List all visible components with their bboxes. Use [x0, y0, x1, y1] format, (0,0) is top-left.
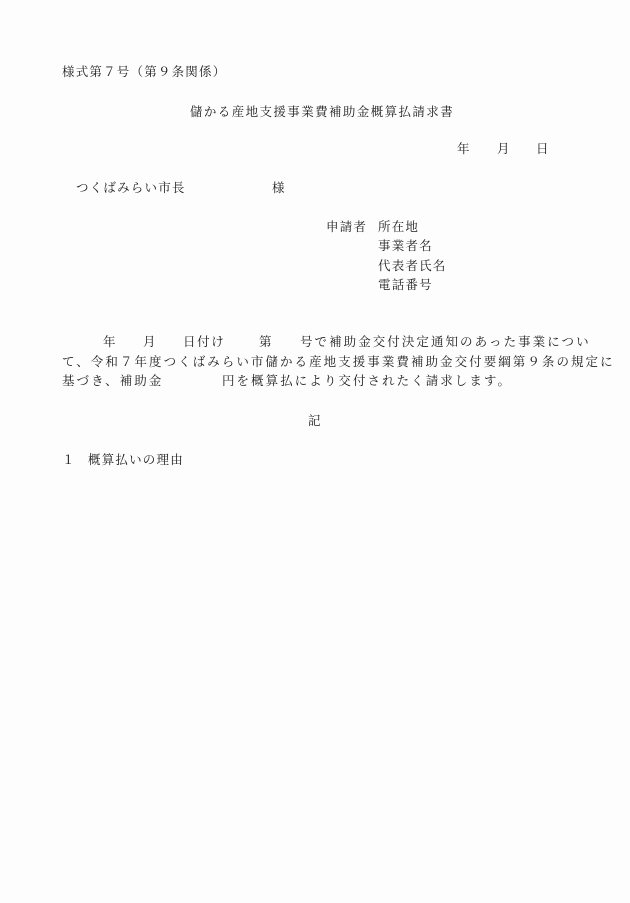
addressee-name: つくばみらい市長 [76, 180, 186, 196]
applicant-heading: 申請者 [326, 219, 367, 235]
date-year-field[interactable] [420, 141, 454, 155]
body-number-prefix: 第 [259, 334, 272, 350]
advance-payment-reason-field[interactable] [88, 475, 558, 535]
body-year-label: 年 [103, 334, 116, 350]
addressee-honorific: 様 [272, 180, 285, 196]
applicant-representative-field[interactable] [450, 258, 560, 272]
applicant-phone-field[interactable] [450, 277, 560, 291]
applicant-address-label: 所在地 [378, 219, 419, 235]
subsidy-amount-field[interactable] [160, 373, 220, 387]
item-label: 概算払いの理由 [88, 452, 184, 468]
date-day-label: 日 [536, 141, 549, 157]
applicant-business-name-label: 事業者名 [378, 238, 433, 254]
applicant-business-name-field[interactable] [450, 238, 560, 252]
body-line2: て、令和７年度つくばみらい市儲かる産地支援事業費補助金交付要綱第９条の規定に [62, 354, 562, 370]
body-line3-prefix: 基づき、補助金 [62, 373, 163, 389]
body-day-label: 日付け [183, 334, 225, 350]
record-heading: 記 [308, 413, 321, 429]
date-month-label: 月 [497, 141, 510, 157]
form-label: 様式第７号（第９条関係） [62, 64, 226, 80]
applicant-phone-label: 電話番号 [378, 277, 433, 293]
item-number: １ [62, 452, 75, 468]
applicant-representative-label: 代表者氏名 [378, 258, 447, 274]
body-line1-text: 号で補助金交付決定通知のあった事業につい [300, 334, 591, 350]
date-year-label: 年 [457, 141, 470, 157]
date-day-field[interactable] [514, 141, 534, 155]
document-title: 儲かる産地支援事業費補助金概算払請求書 [190, 104, 454, 120]
applicant-address-field[interactable] [450, 219, 560, 233]
body-month-label: 月 [143, 334, 156, 350]
document-page: 様式第７号（第９条関係） 儲かる産地支援事業費補助金概算払請求書 年 月 日 つ… [0, 0, 630, 903]
body-line3-suffix: 円を概算払により交付されたく請求します。 [222, 373, 512, 389]
date-month-field[interactable] [474, 141, 494, 155]
